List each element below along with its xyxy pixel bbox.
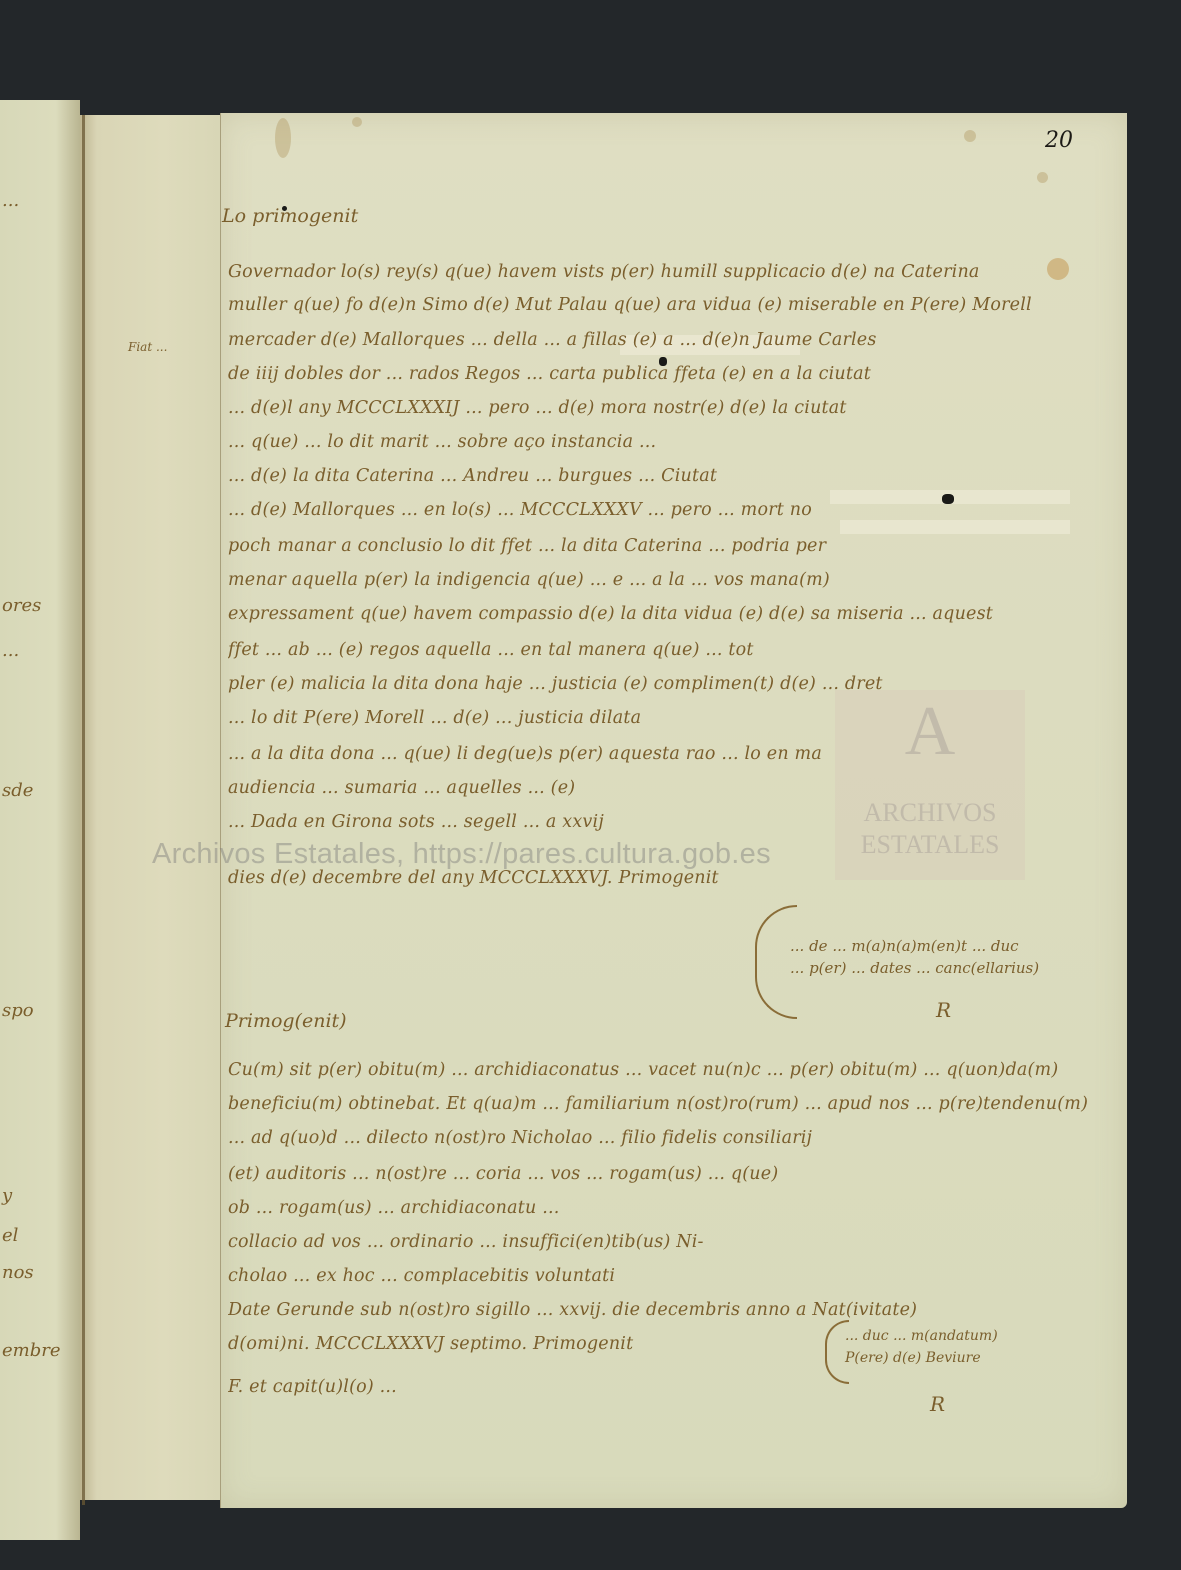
text-line: ... q(ue) ... lo dit marit ... sobre aço… bbox=[228, 432, 1088, 452]
repair-patch bbox=[840, 520, 1070, 534]
text-line: poch manar a conclusio lo dit ffet ... l… bbox=[228, 536, 1088, 556]
page-edge bbox=[220, 113, 221, 1508]
signature-block: ... de ... m(a)n(a)m(en)t ... duc ... p(… bbox=[790, 935, 1039, 979]
binding-gutter bbox=[80, 115, 220, 1500]
left-page-fragment: spo bbox=[2, 1000, 34, 1021]
stain bbox=[275, 118, 291, 158]
archive-logo-watermark: A ARCHIVOS ESTATALES bbox=[835, 690, 1025, 880]
left-page-fragment: embre bbox=[2, 1340, 61, 1361]
text-line: (et) auditoris ... n(ost)re ... coria ..… bbox=[228, 1164, 1088, 1184]
text-line: ... ad q(uo)d ... dilecto n(ost)ro Nicho… bbox=[228, 1128, 1088, 1148]
stain bbox=[1037, 172, 1048, 183]
left-page-fragment: ... bbox=[2, 190, 19, 211]
signature-line: P(ere) d(e) Beviure bbox=[845, 1347, 998, 1369]
margin-note: Fiat ... bbox=[128, 340, 167, 354]
text-line: muller q(ue) fo d(e)n Simo d(e) Mut Pala… bbox=[228, 295, 1088, 315]
section-1-heading: Lo primogenit bbox=[222, 205, 358, 227]
left-page-fragment: y bbox=[2, 1185, 12, 1206]
text-line: mercader d(e) Mallorques ... della ... a… bbox=[228, 330, 1088, 350]
stain bbox=[964, 130, 976, 142]
text-line: collacio ad vos ... ordinario ... insuff… bbox=[228, 1232, 1088, 1252]
binding-fold bbox=[82, 115, 85, 1505]
text-line: ... d(e)l any MCCCLXXXIJ ... pero ... d(… bbox=[228, 398, 1088, 418]
text-line: cholao ... ex hoc ... complacebitis volu… bbox=[228, 1266, 1088, 1286]
text-line: ... d(e) la dita Caterina ... Andreu ...… bbox=[228, 466, 1088, 486]
left-page-fragment: sde bbox=[2, 780, 33, 801]
text-line: F. et capit(u)l(o) ... bbox=[228, 1377, 1088, 1397]
signature-line: ... de ... m(a)n(a)m(en)t ... duc bbox=[790, 935, 1039, 957]
signature-line: ... p(er) ... dates ... canc(ellarius) bbox=[790, 957, 1039, 979]
text-line: Cu(m) sit p(er) obitu(m) ... archidiacon… bbox=[228, 1060, 1088, 1080]
text-line: Governador lo(s) rey(s) q(ue) havem vist… bbox=[228, 262, 1088, 282]
archive-watermark-text: Archivos Estatales, https://pares.cultur… bbox=[152, 838, 771, 871]
left-page-fragment: ... bbox=[2, 640, 19, 661]
logo-word: ESTATALES bbox=[835, 830, 1025, 860]
text-line: de iiij dobles dor ... rados Regos ... c… bbox=[228, 364, 1088, 384]
text-line: menar aquella p(er) la indigencia q(ue) … bbox=[228, 570, 1088, 590]
left-page-fragment: ores bbox=[2, 595, 41, 616]
left-page-fragment: nos bbox=[2, 1262, 34, 1283]
text-line: ffet ... ab ... (e) regos aquella ... en… bbox=[228, 640, 1088, 660]
registration-mark: R bbox=[930, 1392, 945, 1416]
signature-block: ... duc ... m(andatum) P(ere) d(e) Beviu… bbox=[845, 1325, 998, 1369]
manuscript-scan: ... ores ... sde spo y el nos embre 20 L… bbox=[0, 0, 1181, 1570]
stain bbox=[352, 117, 362, 127]
text-line: beneficiu(m) obtinebat. Et q(ua)m ... fa… bbox=[228, 1094, 1088, 1114]
left-page-fragment: el bbox=[2, 1225, 18, 1246]
text-line: ob ... rogam(us) ... archidiaconatu ... bbox=[228, 1198, 1088, 1218]
text-line: expressament q(ue) havem compassio d(e) … bbox=[228, 604, 1088, 624]
section-2-heading: Primog(enit) bbox=[225, 1010, 347, 1032]
registration-mark: R bbox=[936, 998, 951, 1022]
left-page bbox=[0, 100, 80, 1540]
signature-line: ... duc ... m(andatum) bbox=[845, 1325, 998, 1347]
logo-letter: A bbox=[835, 692, 1025, 772]
logo-word: ARCHIVOS bbox=[835, 798, 1025, 828]
text-line: ... d(e) Mallorques ... en lo(s) ... MCC… bbox=[228, 500, 1088, 520]
text-line: Date Gerunde sub n(ost)ro sigillo ... xx… bbox=[228, 1300, 1088, 1320]
folio-number: 20 bbox=[1045, 128, 1073, 153]
